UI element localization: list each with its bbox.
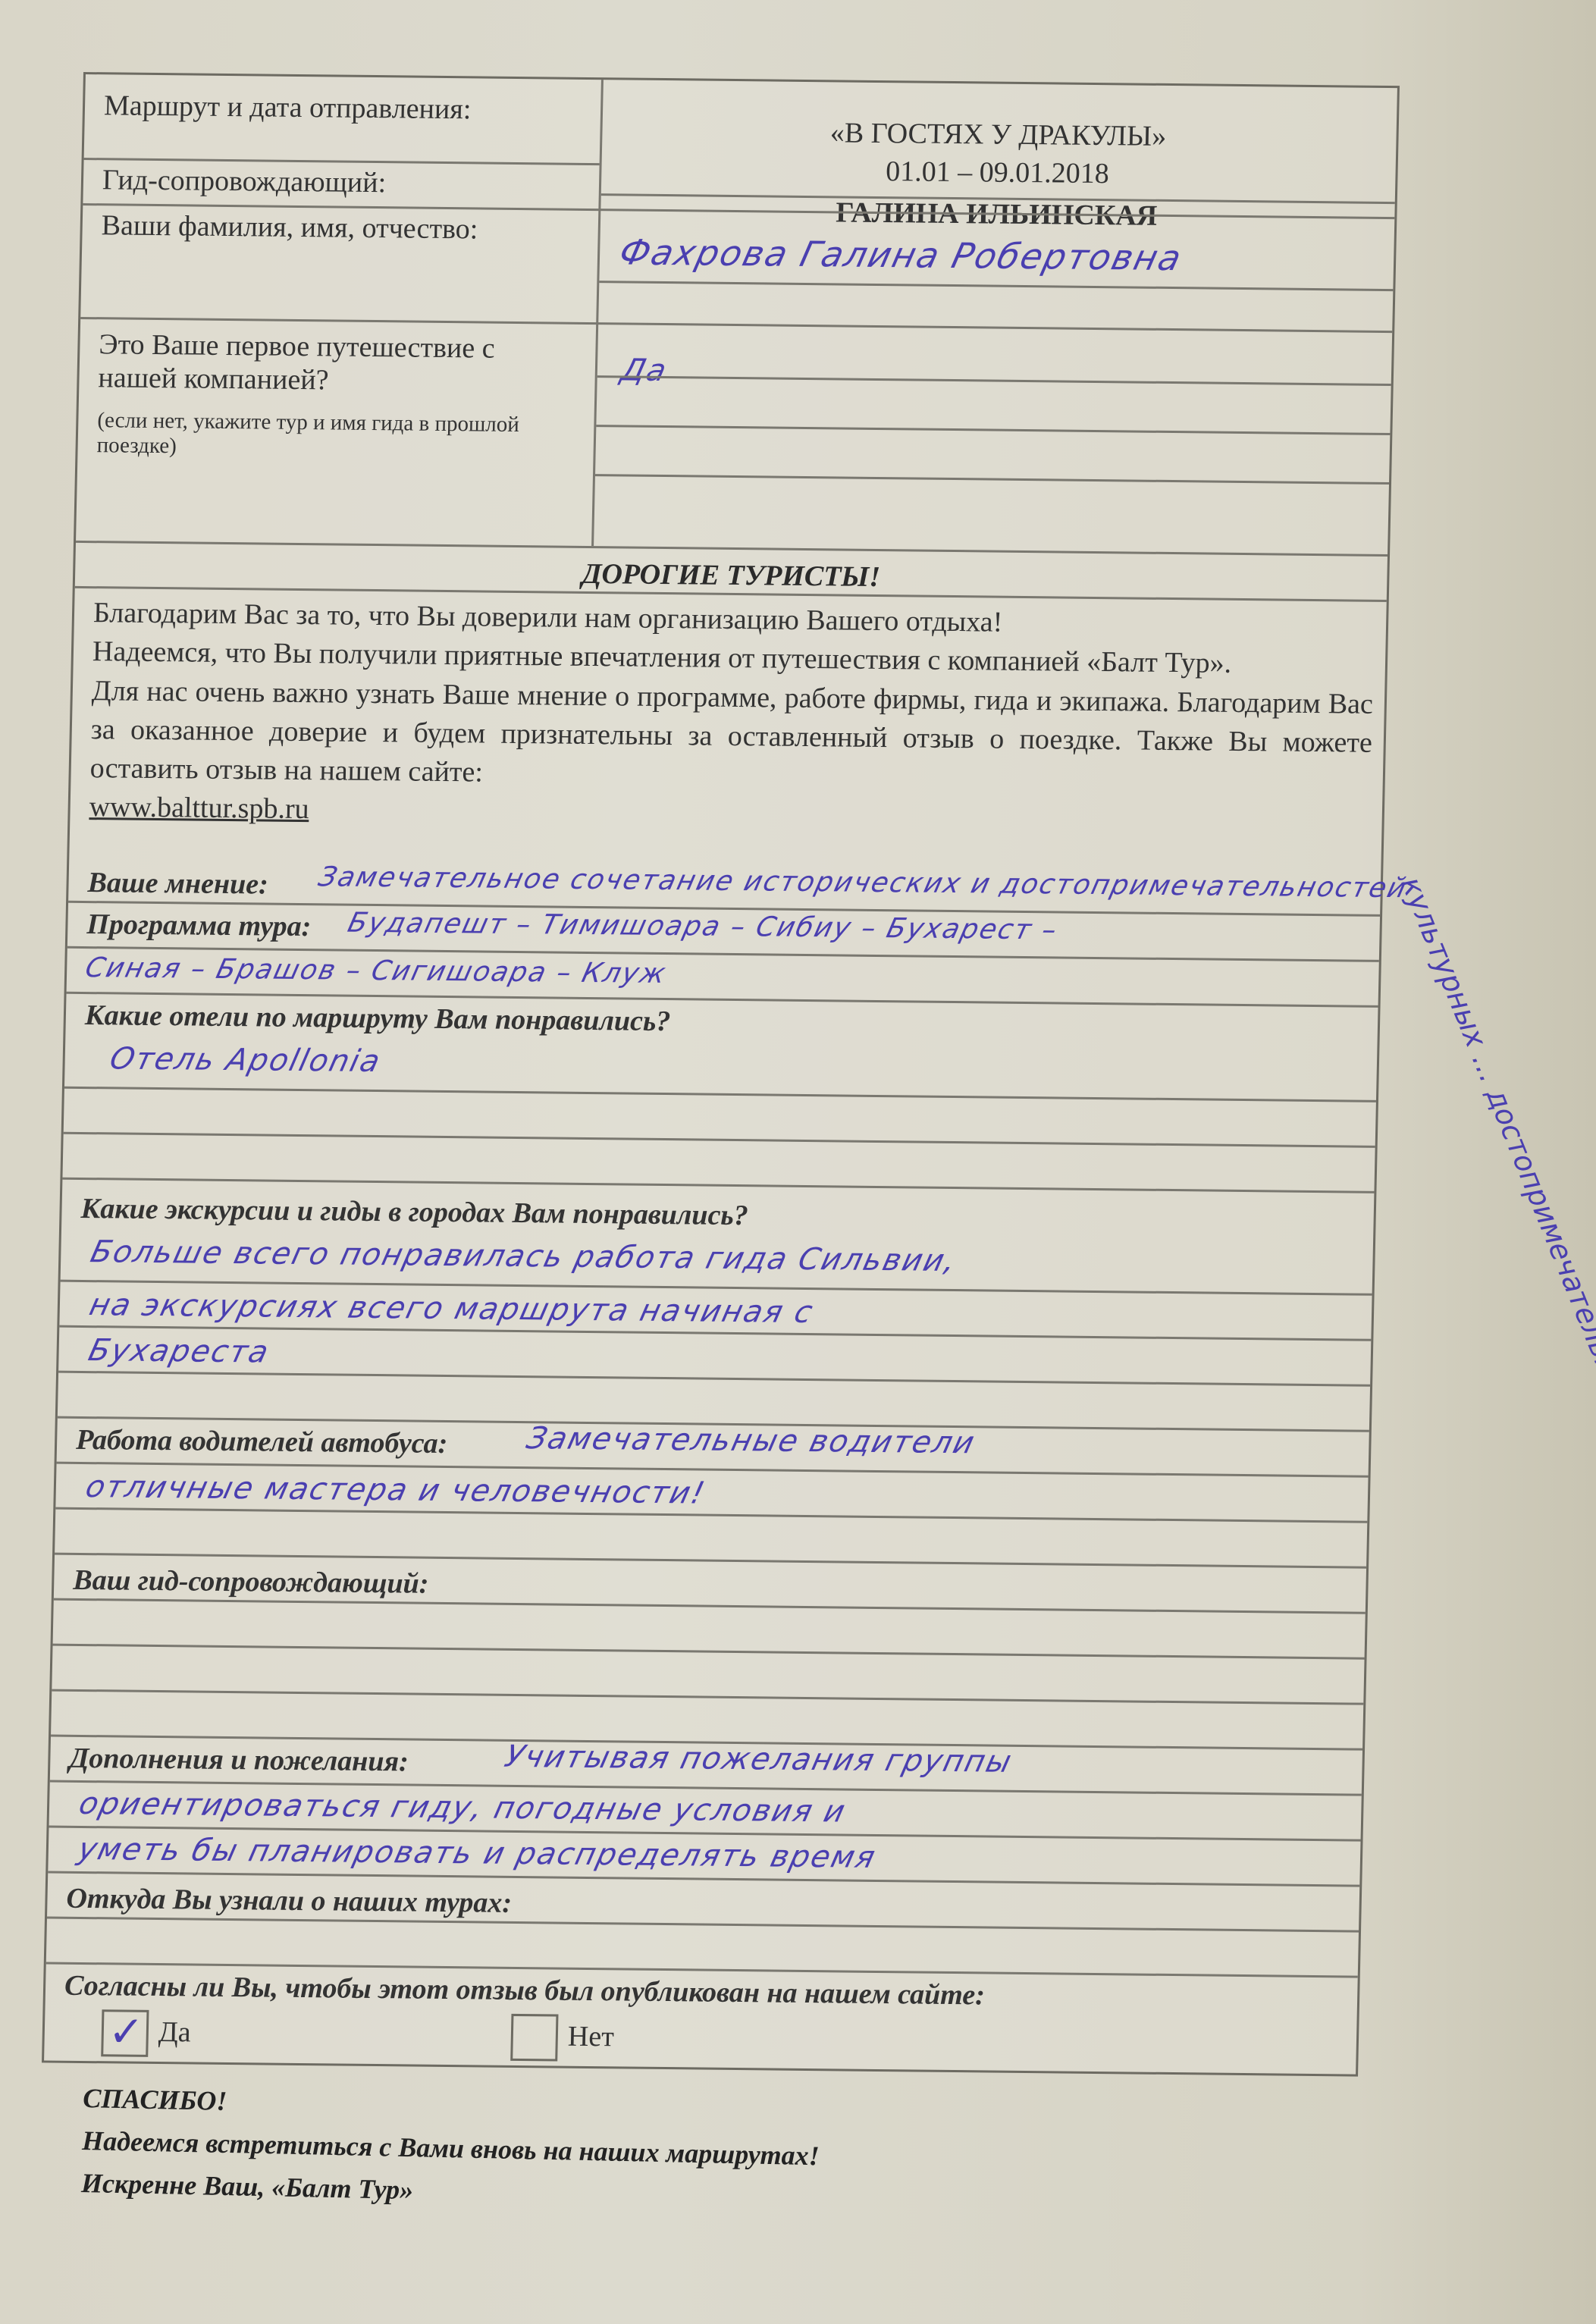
divider — [62, 1178, 1374, 1193]
consent-no-checkbox[interactable] — [510, 2014, 558, 2062]
excursions-field-line-3[interactable]: Бухареста — [85, 1333, 273, 1369]
program-field-line-2[interactable]: Синая – Брашов – Сигишоара – Клуж — [82, 952, 669, 990]
footer: СПАСИБО! Надеемся встретиться с Вами вно… — [80, 2078, 820, 2220]
wishes-field-line-3[interactable]: уметь бы планировать и распределять врем… — [75, 1832, 880, 1875]
first-trip-hint: (если нет, укажите тур и имя гида в прош… — [96, 408, 567, 463]
program-label: Программа тура: — [86, 908, 312, 944]
drivers-field-line-2[interactable]: отличные мастера и человечности! — [83, 1469, 710, 1510]
opinion-field[interactable]: Замечательное сочетание исторических и д… — [315, 861, 1410, 904]
consent-yes-label: Да — [158, 2016, 191, 2050]
guide-label: Гид-сопровождающий: — [102, 164, 387, 200]
route-label: Маршрут и дата отправления: — [104, 89, 472, 127]
intro-heading: ДОРОГИЕ ТУРИСТЫ! — [75, 552, 1387, 599]
consent-no-label: Нет — [567, 2021, 614, 2054]
name-field[interactable]: Фахрова Галина Робертовна — [616, 231, 1187, 278]
name-label: Ваши фамилия, имя, отчество: — [101, 209, 478, 246]
feedback-form: Маршрут и дата отправления: «В ГОСТЯХ У … — [42, 72, 1400, 2077]
divider — [64, 1087, 1376, 1102]
excursions-label: Какие экскурсии и гиды в городах Вам пон… — [80, 1193, 748, 1233]
divider — [595, 474, 1389, 485]
divider — [64, 1132, 1375, 1148]
tour-guide-label: Ваш гид-сопровождающий: — [73, 1564, 429, 1601]
divider — [597, 375, 1391, 386]
intro-text: Благодарим Вас за то, что Вы доверили на… — [89, 594, 1375, 840]
divider — [58, 1371, 1370, 1387]
wishes-field-line-2[interactable]: ориентироваться гиду, погодные условия и — [76, 1786, 850, 1829]
route-name: «В ГОСТЯХ У ДРАКУЛЫ» — [607, 114, 1389, 155]
hotels-field[interactable]: Отель Apollonia — [106, 1041, 384, 1079]
first-trip-field[interactable]: Да — [618, 353, 672, 388]
website-link[interactable]: www.balttur.spb.ru — [89, 792, 309, 826]
divider — [53, 1644, 1365, 1660]
drivers-label: Работа водителей автобуса: — [76, 1424, 448, 1461]
divider — [596, 425, 1390, 435]
excursions-field-line-1[interactable]: Больше всего понравилась работа гида Сил… — [87, 1234, 961, 1278]
consent-yes-checkbox[interactable]: ✓ — [101, 2009, 149, 2057]
source-label: Откуда Вы узнали о наших турах: — [66, 1883, 512, 1921]
divider — [52, 1689, 1363, 1705]
divider — [47, 1916, 1359, 1932]
divider — [599, 281, 1393, 291]
divider — [54, 1598, 1366, 1614]
first-trip-label: Это Ваше первое путешествие с нашей комп… — [98, 328, 569, 400]
feedback-form-page: Маршрут и дата отправления: «В ГОСТЯХ У … — [0, 0, 1596, 2324]
check-mark-icon: ✓ — [108, 2007, 144, 2056]
opinion-label: Ваше мнение: — [87, 867, 268, 902]
opinion-margin-note: культурных … достопримечательностей — [1394, 872, 1596, 1460]
program-field-line-1[interactable]: Будапешт – Тимишоара – Сибиу – Бухарест … — [345, 908, 1061, 946]
wishes-label: Дополнения и пожелания: — [69, 1742, 409, 1779]
drivers-field-line-1[interactable]: Замечательные водители — [523, 1421, 979, 1460]
consent-label: Согласны ли Вы, чтобы этот отзыв был опу… — [64, 1970, 986, 2012]
excursions-field-line-2[interactable]: на экскурсиях всего маршрута начиная с — [86, 1287, 817, 1330]
divider — [55, 1507, 1367, 1523]
hotels-label: Какие отели по маршруту Вам понравились? — [84, 999, 670, 1039]
wishes-field-line-1[interactable]: Учитывая пожелания группы — [501, 1739, 1016, 1780]
route-dates: 01.01 – 09.01.2018 — [607, 152, 1388, 193]
intro-line-3: Для нас очень важно узнать Ваше мнение о… — [89, 672, 1373, 802]
